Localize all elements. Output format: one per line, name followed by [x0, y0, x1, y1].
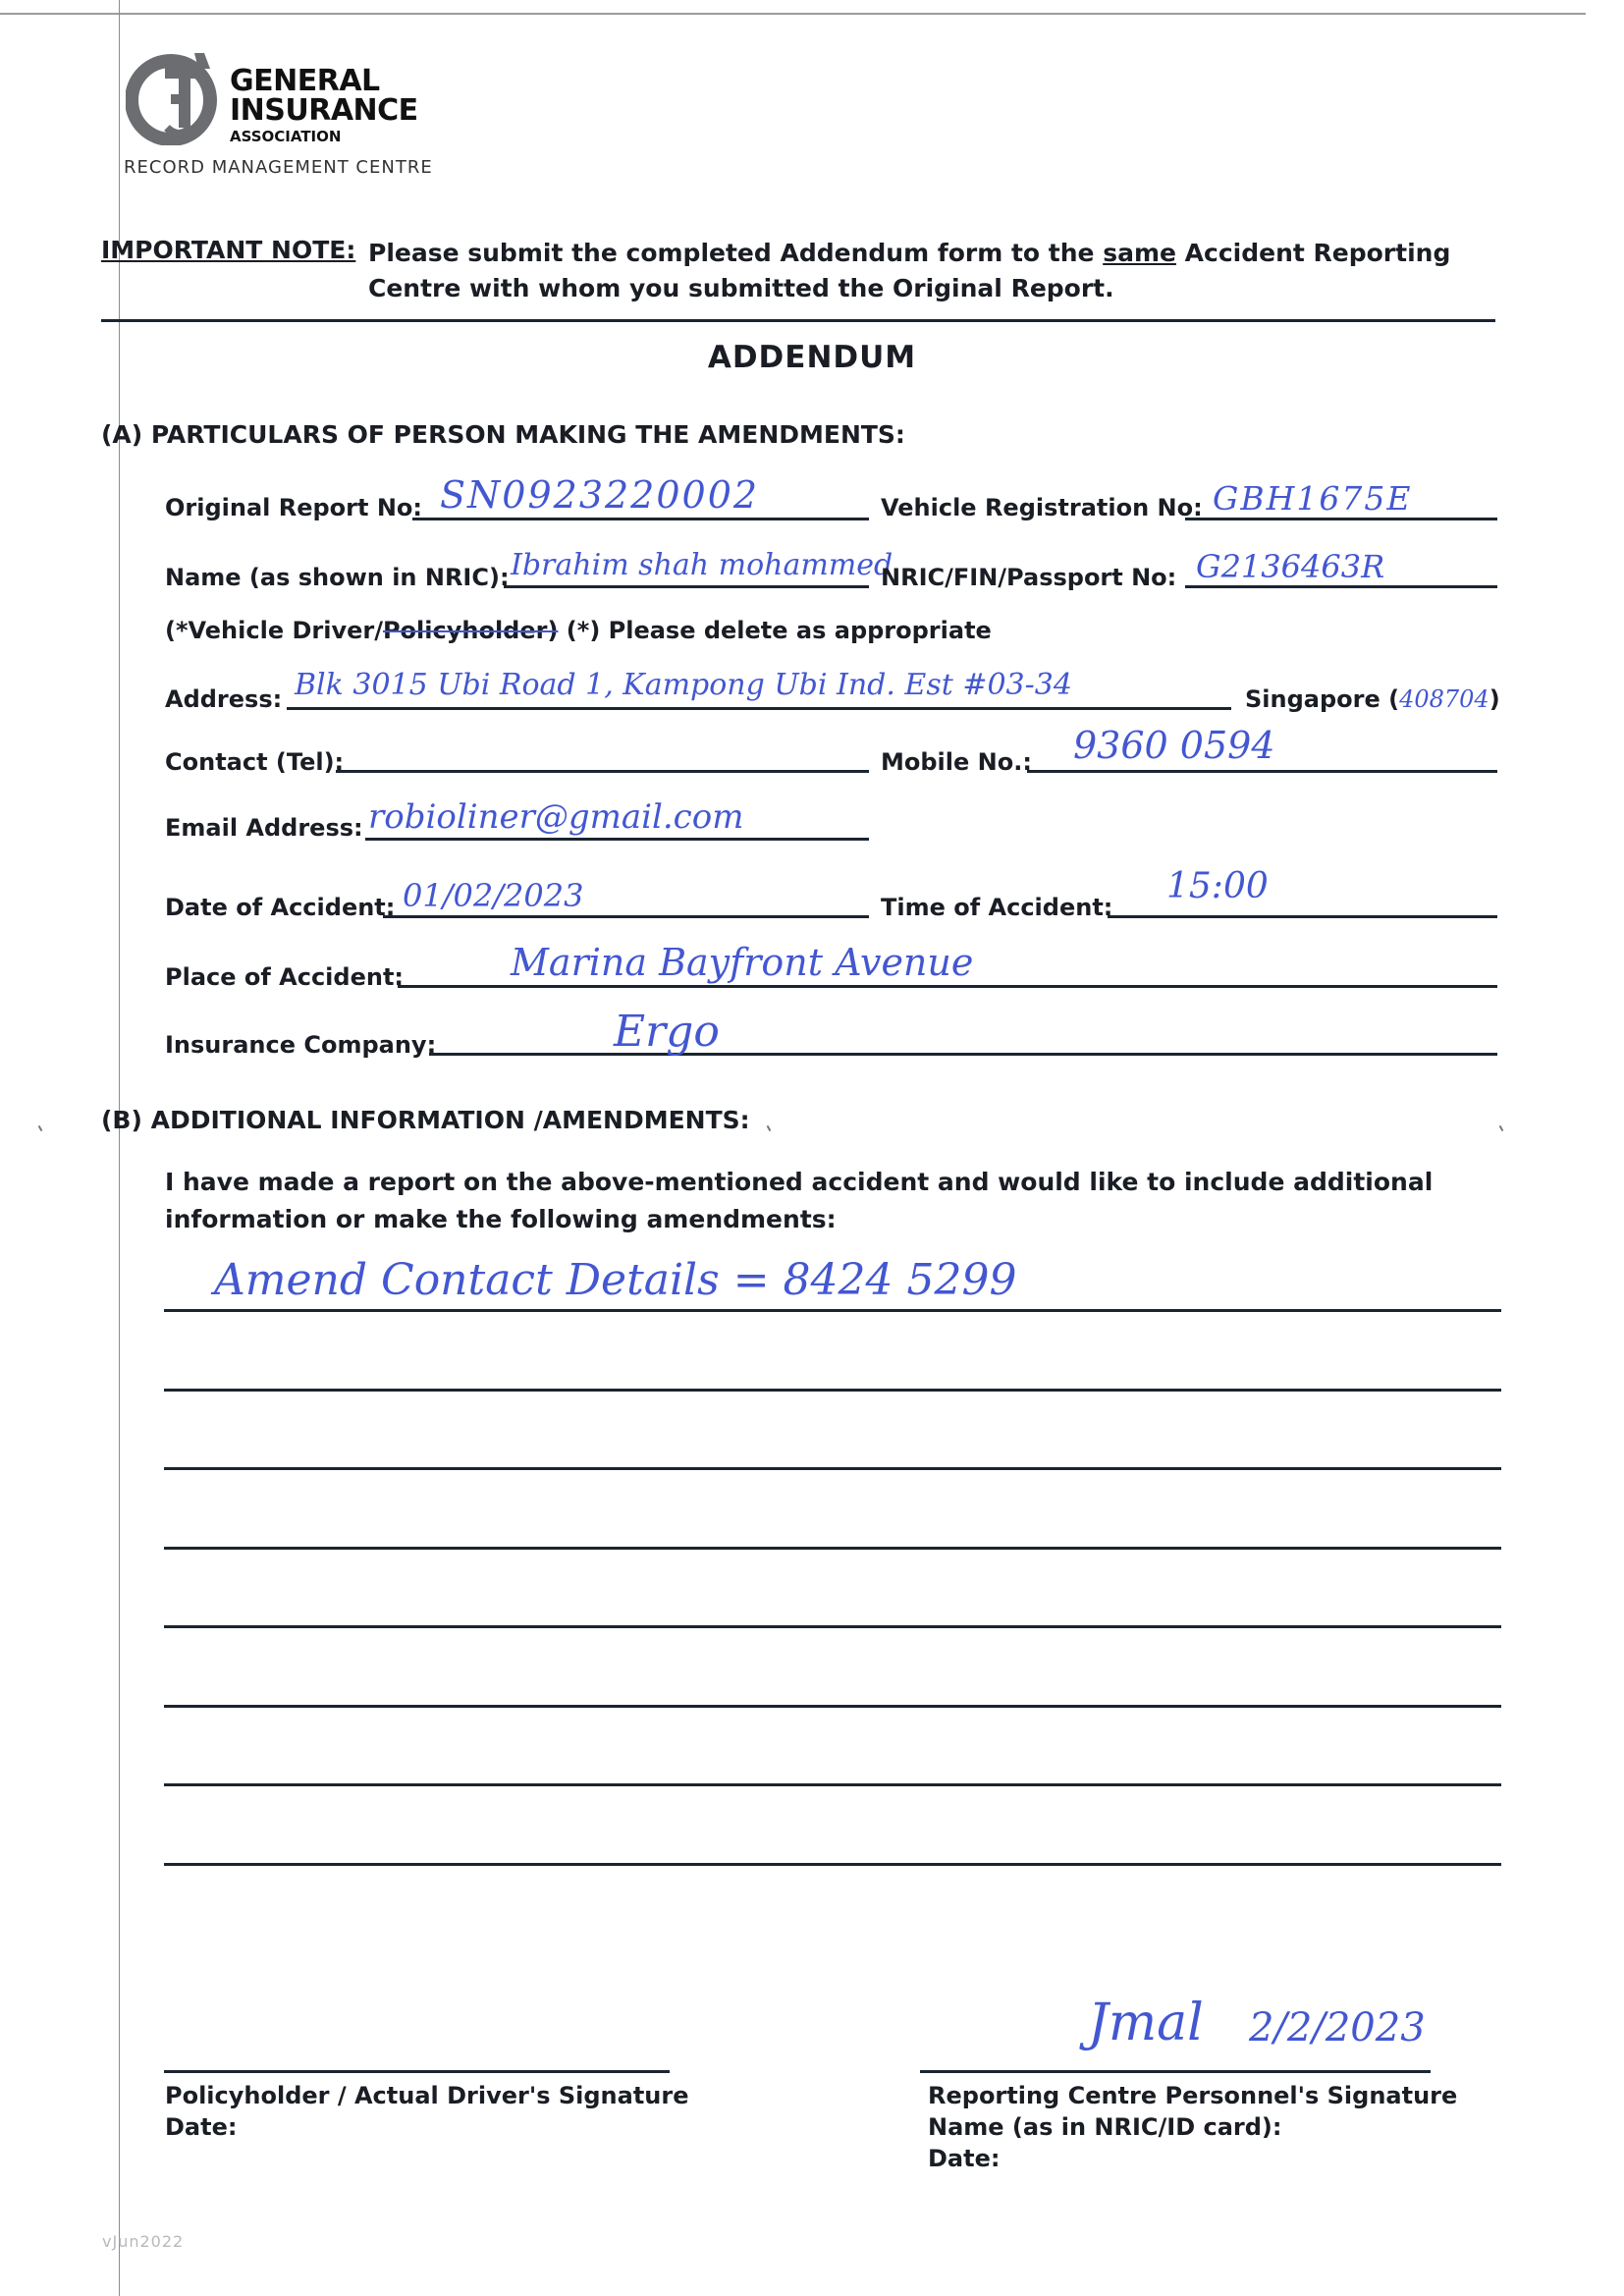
gia-logo: GENERAL INSURANCE ASSOCIATION RECORD MAN… [126, 47, 440, 185]
note-emphasis: same [1103, 239, 1176, 267]
logo-text-association: ASSOCIATION [230, 128, 341, 145]
important-note-text: Please submit the completed Addendum for… [368, 236, 1517, 306]
mobile-value: 9360 0594 [1073, 724, 1275, 767]
amendment-line[interactable] [164, 1625, 1501, 1628]
scan-top-edge [0, 13, 1586, 15]
personnel-date-label: Date: [928, 2143, 1000, 2174]
amendment-line-text: Amend Contact Details = 8424 5299 [214, 1255, 1016, 1305]
date-of-accident-label: Date of Accident: [165, 894, 395, 921]
date-of-accident-field[interactable] [383, 915, 869, 918]
name-value: Ibrahim shah mohammed [511, 548, 893, 582]
insurance-company-value: Ergo [614, 1007, 720, 1057]
scan-speck [1499, 1125, 1504, 1131]
vehicle-registration-field[interactable] [1185, 518, 1497, 520]
name-field[interactable] [504, 585, 869, 588]
contact-tel-field[interactable] [336, 770, 869, 773]
nric-value: G2136463R [1196, 548, 1384, 585]
note-text-part: Please submit the completed Addendum for… [368, 239, 1103, 267]
vehicle-registration-label: Vehicle Registration No: [881, 494, 1203, 521]
address-label: Address: [165, 685, 282, 713]
logo-subtitle: RECORD MANAGEMENT CENTRE [124, 157, 433, 178]
amendment-line[interactable] [164, 1863, 1501, 1866]
amendment-line[interactable] [164, 1389, 1501, 1392]
amendment-line[interactable] [164, 1705, 1501, 1708]
role-option-policyholder-struck: Policyholder) [383, 617, 558, 644]
personnel-signature-field[interactable] [920, 2070, 1431, 2073]
section-b-heading: (B) ADDITIONAL INFORMATION /AMENDMENTS: [101, 1106, 750, 1134]
place-of-accident-field[interactable] [398, 985, 1497, 988]
email-value: robioliner@gmail.com [368, 797, 743, 837]
amendment-line[interactable] [164, 1309, 1501, 1312]
personnel-signature-value: Jmal [1088, 1994, 1204, 2052]
postal-label-close: ) [1489, 685, 1500, 713]
time-of-accident-field[interactable] [1108, 915, 1497, 918]
amendment-line[interactable] [164, 1547, 1501, 1550]
page-title: ADDENDUM [0, 340, 1624, 375]
email-label: Email Address: [165, 814, 363, 842]
original-report-value: SN0923220002 [440, 473, 759, 517]
postal-code-value: 408704 [1399, 685, 1489, 713]
postal-label: Singapore ( [1245, 685, 1399, 713]
amendments-intro: I have made a report on the above-mentio… [165, 1164, 1520, 1238]
important-note-label: IMPORTANT NOTE: [101, 236, 355, 264]
address-value: Blk 3015 Ubi Road 1, Kampong Ubi Ind. Es… [295, 668, 1072, 702]
scan-speck [767, 1125, 772, 1131]
email-field[interactable] [365, 838, 869, 841]
policyholder-signature-field[interactable] [164, 2070, 670, 2073]
name-label: Name (as shown in NRIC): [165, 564, 510, 591]
section-a-heading: (A) PARTICULARS OF PERSON MAKING THE AME… [101, 420, 905, 449]
gia-logo-icon [126, 51, 224, 145]
place-of-accident-label: Place of Accident: [165, 963, 404, 991]
mobile-field[interactable] [1027, 770, 1497, 773]
insurance-company-field[interactable] [429, 1053, 1497, 1056]
form-version: vJun2022 [102, 2232, 184, 2251]
address-field[interactable] [287, 707, 1231, 710]
nric-field[interactable] [1185, 585, 1497, 588]
original-report-field[interactable] [412, 518, 869, 520]
scan-speck [38, 1125, 43, 1131]
personnel-signed-date: 2/2/2023 [1249, 2005, 1426, 2050]
postal-code-group: Singapore (408704) [1245, 685, 1500, 713]
amendment-line[interactable] [164, 1467, 1501, 1470]
date-of-accident-value: 01/02/2023 [403, 877, 583, 914]
place-of-accident-value: Marina Bayfront Avenue [511, 941, 973, 984]
personnel-name-label: Name (as in NRIC/ID card): [928, 2111, 1281, 2143]
role-note-instruction: (*) Please delete as appropriate [558, 617, 991, 644]
contact-tel-label: Contact (Tel): [165, 748, 344, 776]
role-note: (*Vehicle Driver/Policyholder) (*) Pleas… [165, 617, 992, 644]
time-of-accident-value: 15:00 [1166, 866, 1269, 906]
personnel-signature-label: Reporting Centre Personnel's Signature [928, 2080, 1457, 2111]
time-of-accident-label: Time of Accident: [881, 894, 1112, 921]
logo-text-general: GENERAL [230, 67, 380, 96]
logo-text-insurance: INSURANCE [230, 96, 418, 126]
mobile-label: Mobile No.: [881, 748, 1032, 776]
insurance-company-label: Insurance Company: [165, 1031, 436, 1059]
role-option-driver: (*Vehicle Driver/ [165, 617, 383, 644]
policyholder-signature-label: Policyholder / Actual Driver's Signature [165, 2080, 688, 2111]
nric-label: NRIC/FIN/Passport No: [881, 564, 1176, 591]
original-report-label: Original Report No: [165, 494, 422, 521]
divider [101, 319, 1495, 322]
vehicle-registration-value: GBH1675E [1213, 479, 1412, 518]
amendment-line[interactable] [164, 1783, 1501, 1786]
policyholder-date-label: Date: [165, 2111, 237, 2143]
